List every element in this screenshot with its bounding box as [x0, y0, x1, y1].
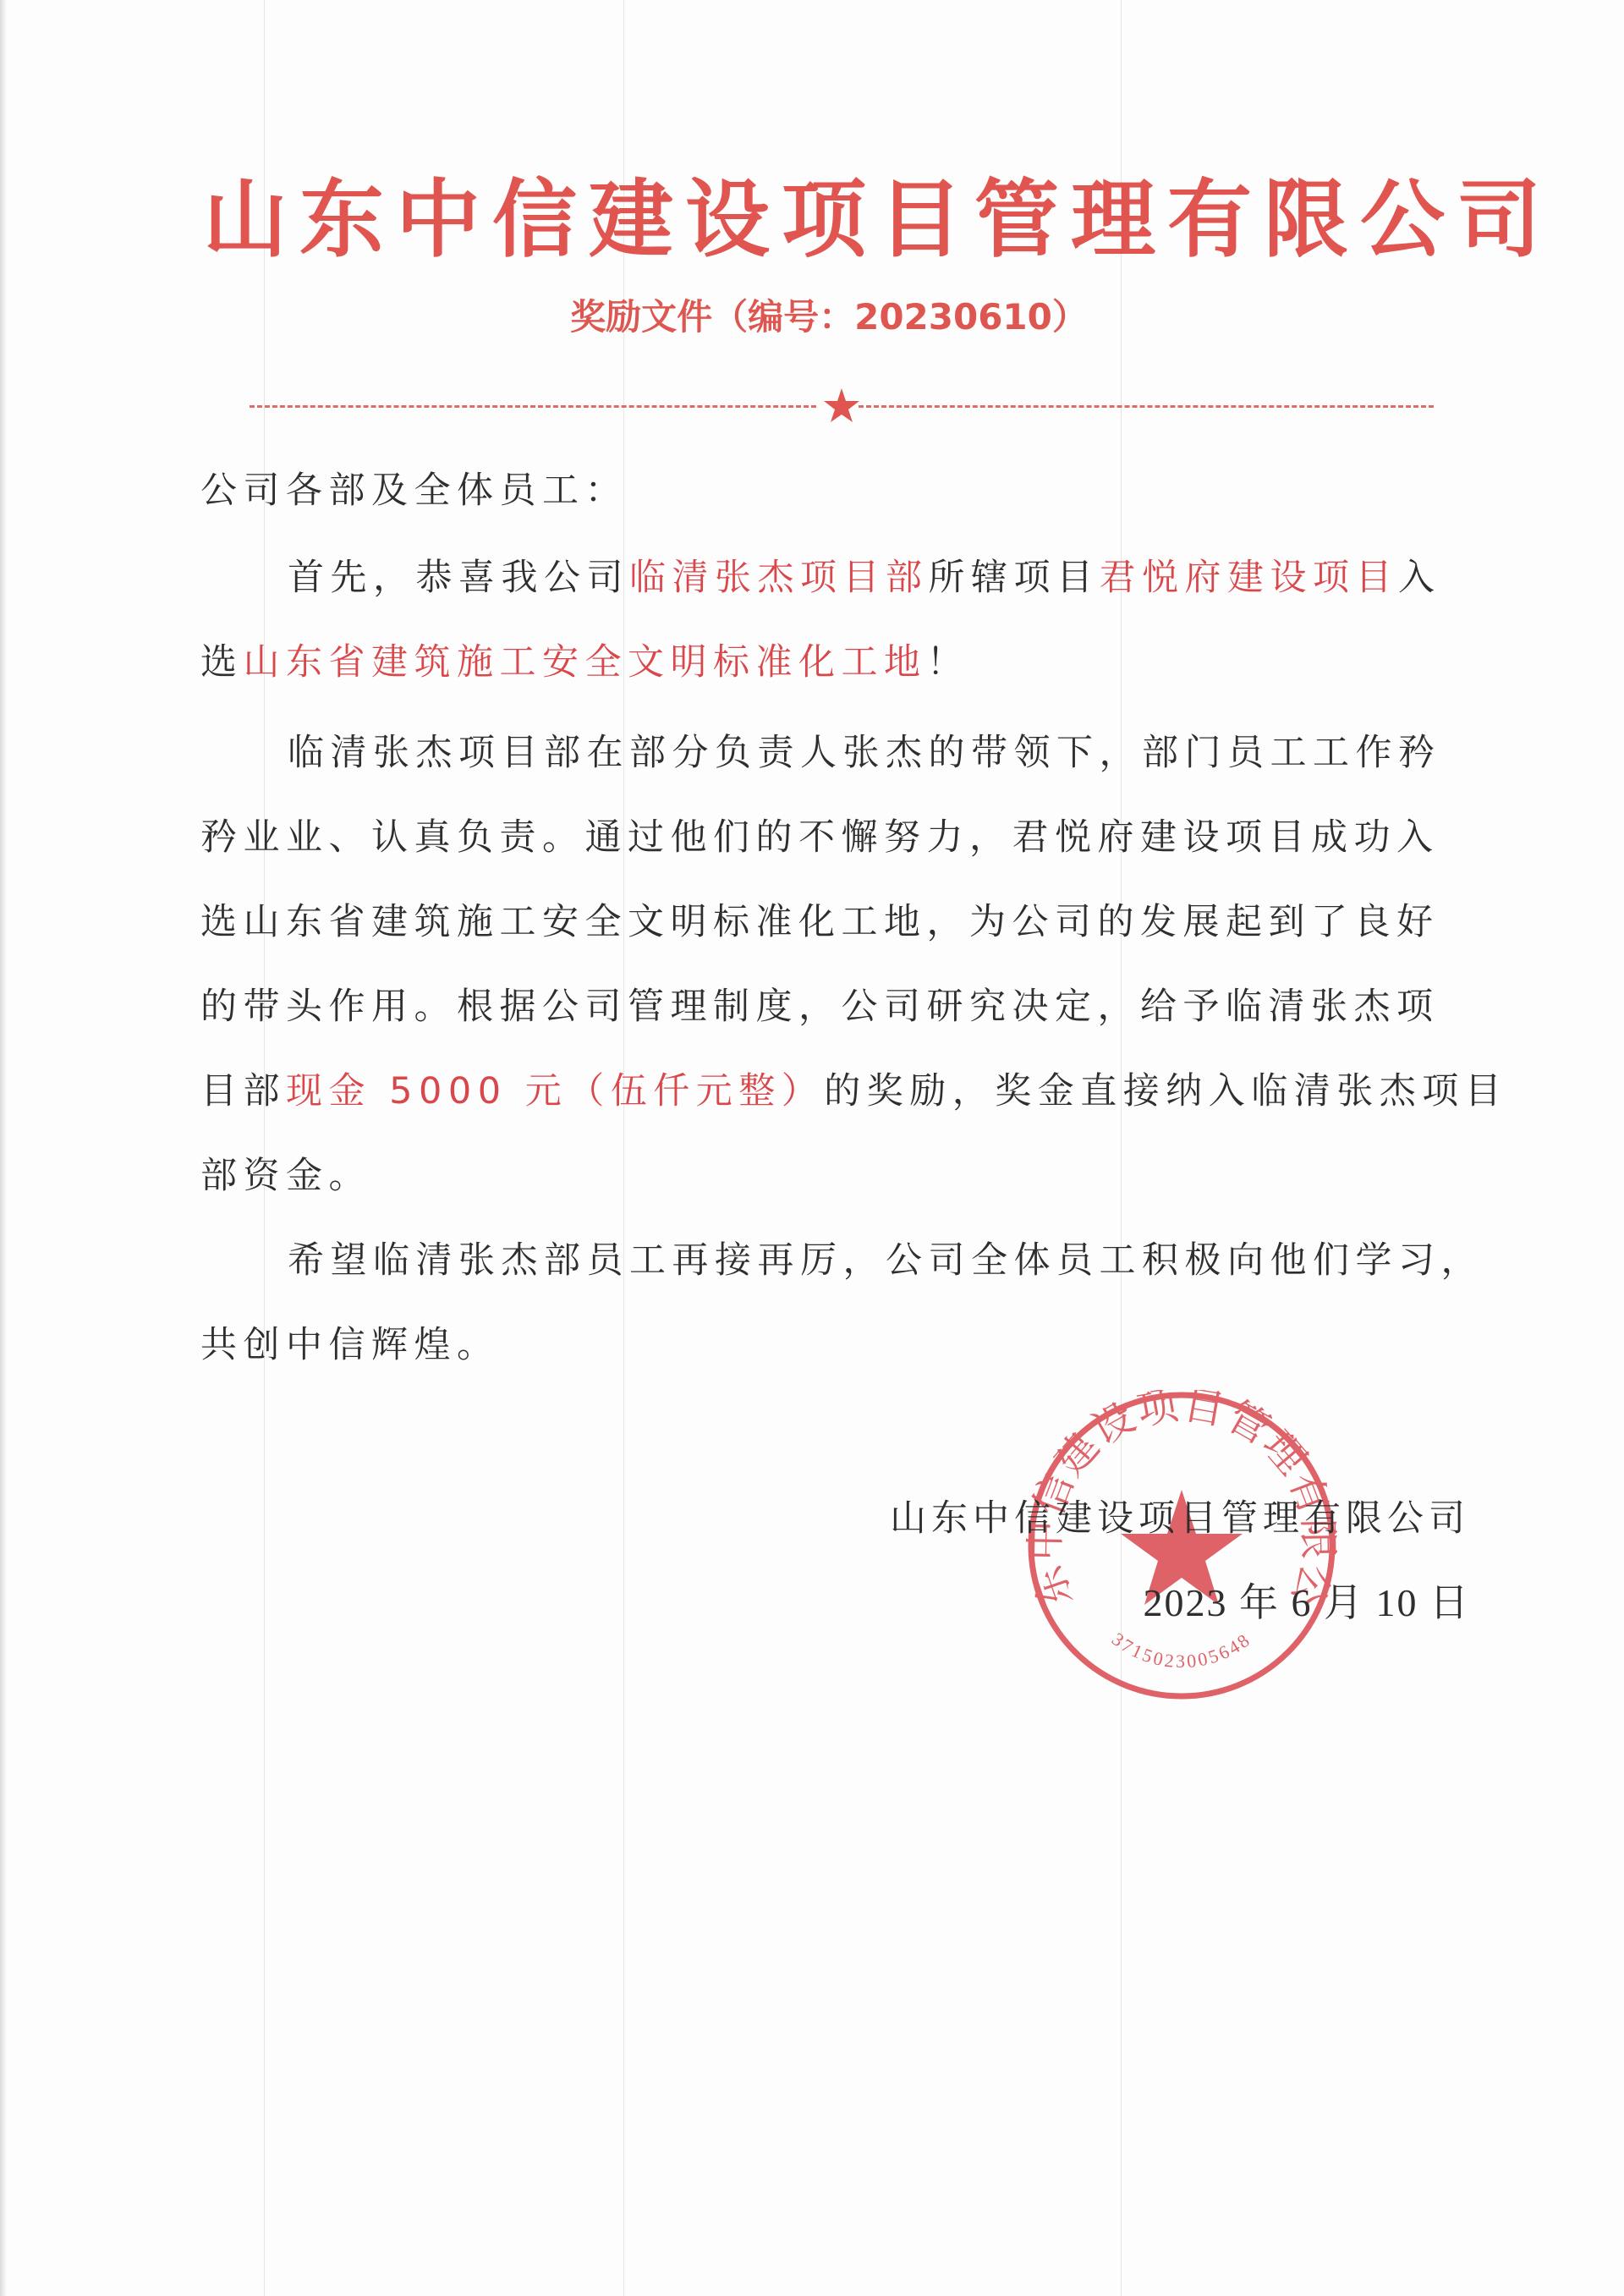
scan-artifact-line	[1121, 0, 1122, 2296]
highlight-project-department: 临清张杰项目部	[629, 557, 929, 599]
text: 选	[200, 641, 244, 684]
paragraph-2-line-4: 的带头作用。根据公司管理制度，公司研究决定，给予临清张杰项	[200, 981, 1440, 1032]
text: 首先，恭喜我公司	[288, 557, 629, 599]
company-title: 山东中信建设项目管理有限公司	[203, 165, 1472, 275]
paragraph-3-line-1: 希望临清张杰部员工再接再厉，公司全体员工积极向他们学习，	[288, 1235, 1484, 1286]
scan-artifact-line	[623, 0, 624, 2296]
text: 的奖励，奖金直接纳入临清张杰项目	[824, 1070, 1507, 1112]
header-divider	[250, 393, 1434, 419]
paragraph-2-line-6: 部资金。	[200, 1151, 371, 1201]
paragraph-3-line-2: 共创中信辉煌。	[200, 1320, 500, 1370]
highlight-award-title: 山东省建筑施工安全文明标准化工地	[244, 641, 927, 684]
paragraph-2-line-5: 目部现金 5000 元（伍仟元整）的奖励，奖金直接纳入临清张杰项目	[200, 1066, 1507, 1117]
paragraph-1-line-2: 选山东省建筑施工安全文明标准化工地！	[200, 637, 969, 688]
svg-text:3715023005648: 3715023005648	[1108, 1629, 1255, 1672]
paragraph-1-line-1: 首先，恭喜我公司临清张杰项目部所辖项目君悦府建设项目入	[288, 552, 1441, 603]
star-icon	[823, 387, 860, 424]
document-page: 山东中信建设项目管理有限公司 奖励文件（编号：20230610） 公司各部及全体…	[0, 0, 1624, 2296]
divider-dash-left	[250, 405, 816, 408]
text: 入	[1398, 557, 1441, 599]
signature-date: 2023 年 6 月 10 日	[1144, 1578, 1471, 1629]
paragraph-2-line-1: 临清张杰项目部在部分负责人张杰的带领下，部门员工工作矜	[288, 728, 1441, 778]
paragraph-2-line-2: 矜业业、认真负责。通过他们的不懈努力，君悦府建设项目成功入	[200, 812, 1440, 863]
text: 所辖项目	[929, 557, 1100, 599]
scan-artifact-line	[264, 0, 265, 2296]
text: 目部	[200, 1070, 286, 1112]
salutation: 公司各部及全体员工：	[200, 465, 628, 516]
stamp-registration-number: 3715023005648	[1108, 1629, 1255, 1672]
document-subtitle: 奖励文件（编号：20230610）	[0, 292, 1624, 343]
text: ！	[927, 641, 970, 684]
highlight-project-name: 君悦府建设项目	[1100, 557, 1399, 599]
paragraph-2-line-3: 选山东省建筑施工安全文明标准化工地，为公司的发展起到了良好	[200, 897, 1440, 948]
divider-dash-right	[859, 405, 1434, 408]
official-seal-stamp: 山东中信建设项目管理有限公司 3715023005648	[1026, 1390, 1337, 1701]
scan-edge	[0, 0, 7, 2296]
signature-company: 山东中信建设项目管理有限公司	[890, 1493, 1470, 1544]
highlight-reward-amount: 现金 5000 元（伍仟元整）	[286, 1070, 824, 1112]
